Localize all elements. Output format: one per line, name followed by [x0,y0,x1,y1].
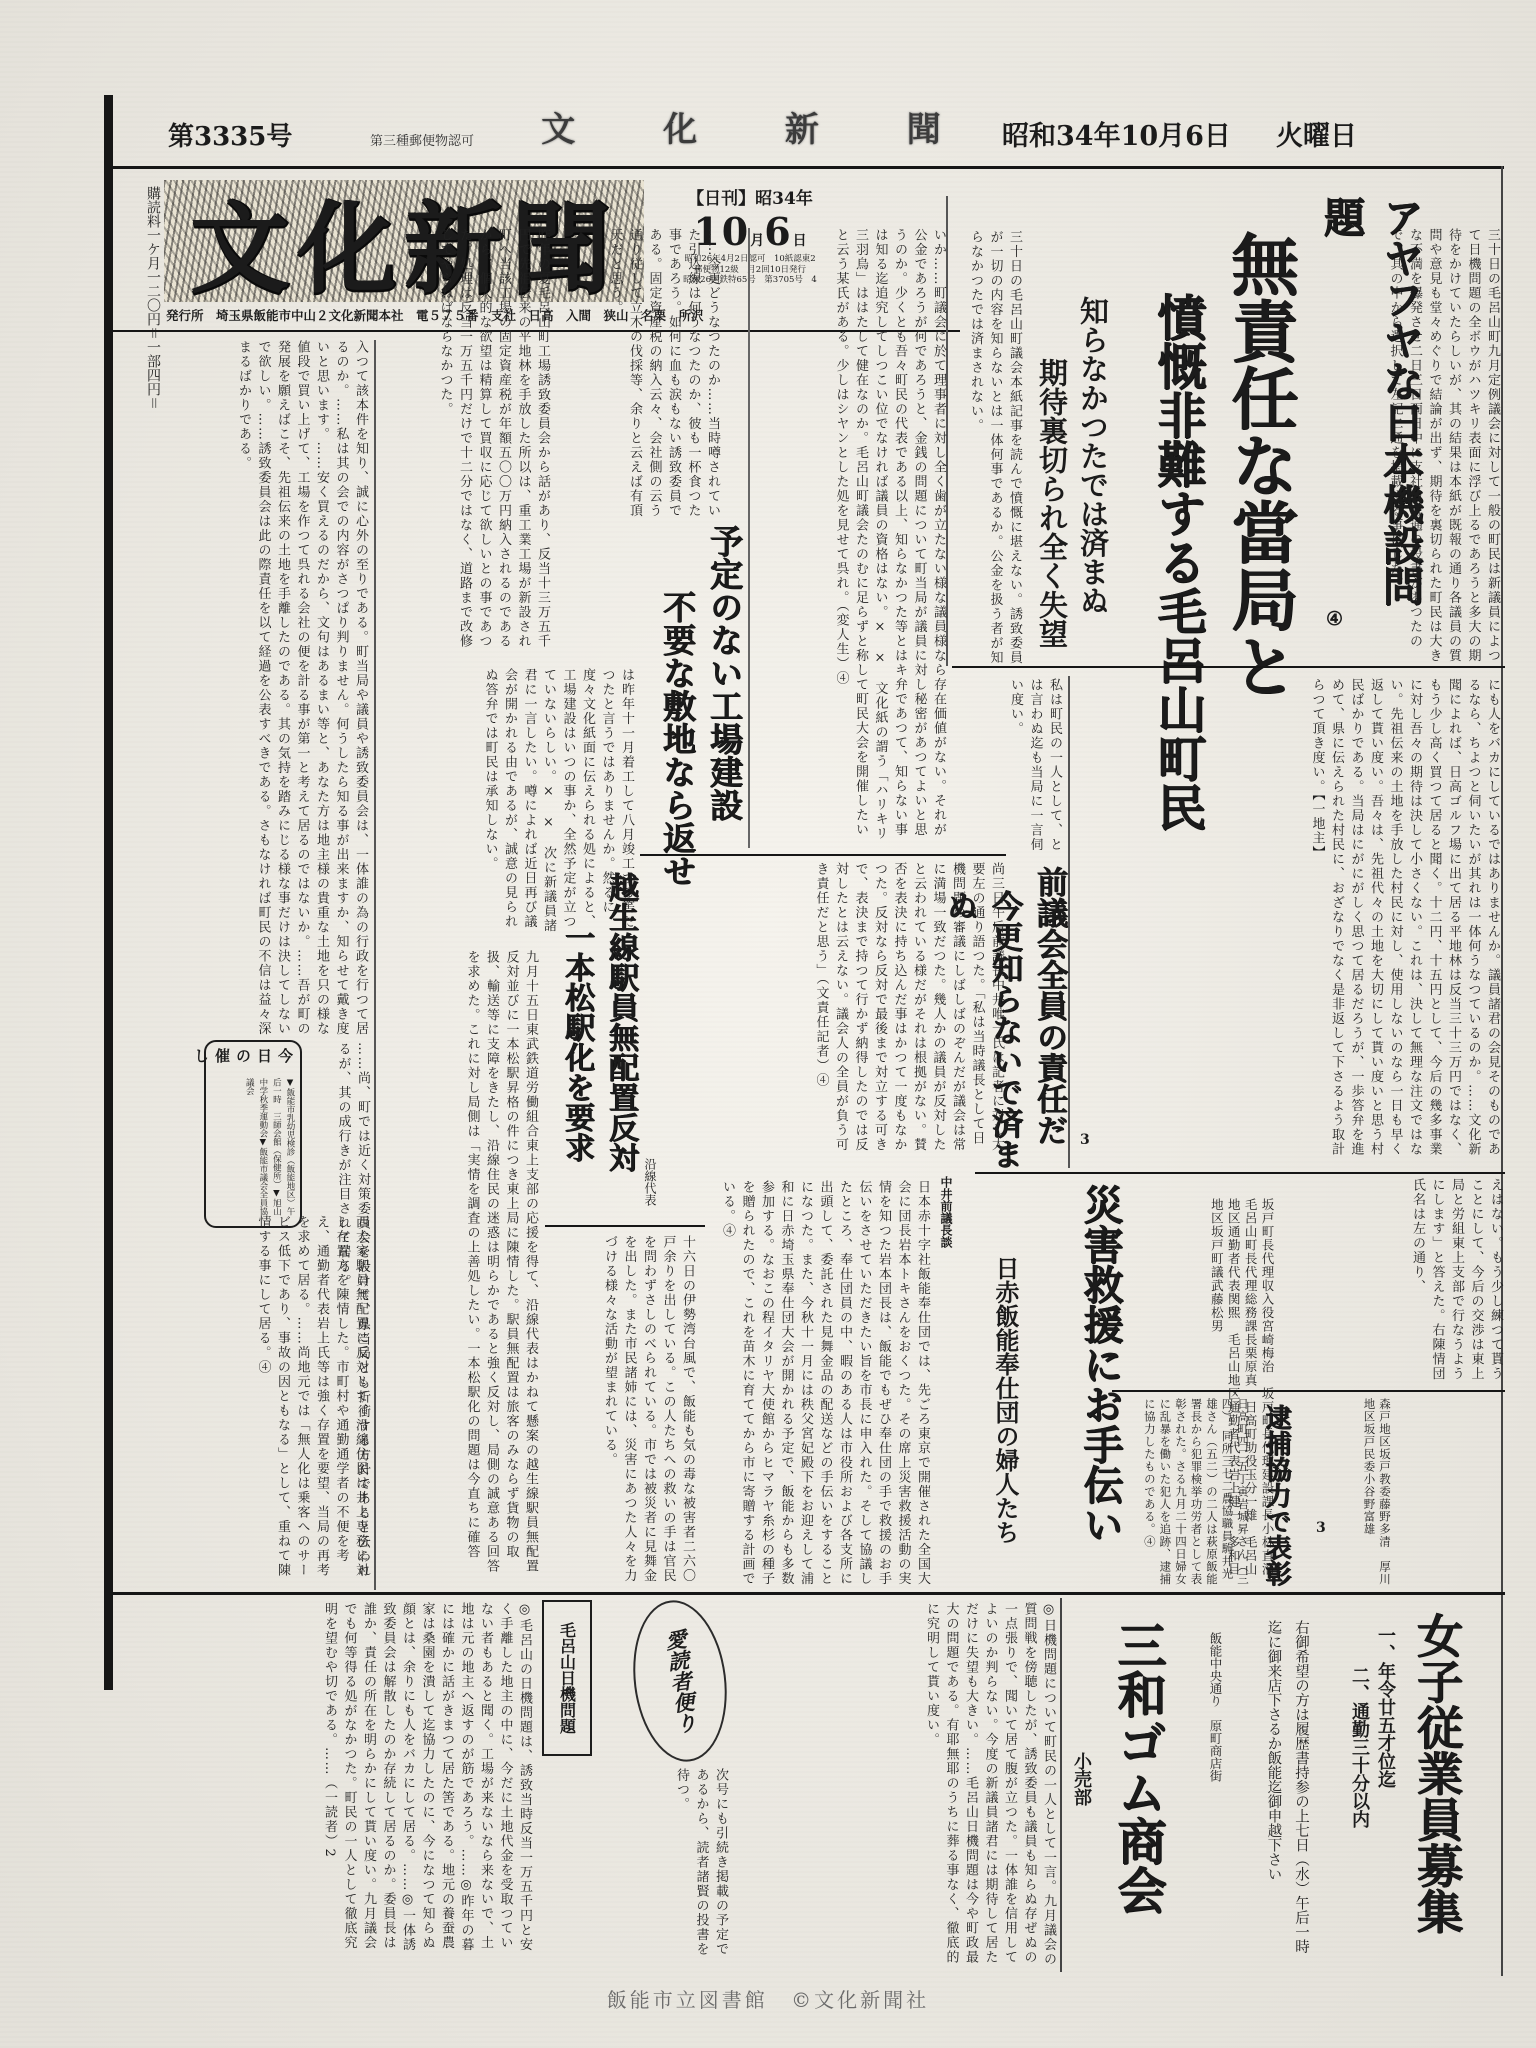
events-box: 今日の催し ▼飯能市乳幼児検診（飯能地区）午后一時 三師会館（保健所）▼旭山中学… [204,1040,302,1228]
ogose-body2: えはない。もう少し練つて貰うことにして、今后の交渉は東上局と労組東上支部で行なう… [1330,1178,1505,1383]
subhead-factory-line1: 予定のない工場建設 [701,524,748,892]
subhead-ogose: 越生線駅員無配置反対 一本松駅化を要求 [552,872,642,1212]
rule-above-taiho [1112,1390,1505,1392]
letter1-body-a: いか……町議会に於て理事者に対し全く歯が立たない様な議員様なら存在価値がない。そ… [752,228,948,846]
subhead-shiranakatta: 知らなかつたでは済まぬ 期待裏切られ全く失望 [1028,296,1114,736]
readers-letters-stamp-text: 愛読者便り [659,1627,702,1735]
subhead-shiranakatta-line2: 期待裏切られ全く失望 [1032,296,1073,736]
letter1-body-b: ……今更どうなつたのか……当時噂されていた引込線は何うなつたのか、彼も一杯食つた… [556,228,722,520]
ad-conditions: 一、年令廿五才位迄 二、通勤三十分以内 [1318,1626,1398,1936]
postal-approval: 第三種郵便物認可 [370,130,474,149]
subhead-maegikai-line1: 前議会全員の責任だ [1027,866,1072,1176]
letter1-opening: 三十日の毛呂山町議会本紙記事を読んで憤慨に堪えない。誘致委員が一切の内容を知らな… [950,230,1024,666]
maegikai-body: 尚三日午后前議長中井唯一氏は記者に対し大要左の通り語つた。「私は当時議長として日… [640,862,1006,1152]
bottom-letters-q: ◎毛呂山の日機問題は、誘致当時反当一万五千円と安く手離した地主の中に、今だに土地… [116,1602,534,1964]
ad-address: 飯能中央通り 原町商店街 [1198,1632,1224,1958]
readers-letters-stamp: 愛読者便り [624,1595,735,1767]
subhead-shiranakatta-line1: 知らなかつたでは済まぬ [1073,296,1114,736]
main-story-kicker: アヤフヤな日本機設問題 [1312,196,1430,616]
rule-under-ogose-head [545,1225,705,1227]
footer-library: 飯能市立図書館 [607,1988,768,2012]
column-rule-left [374,340,376,1590]
paper-name-header: 文 化 新 聞 [540,102,980,151]
column-rule-center [748,228,750,848]
factory-body-1: 昨年の夏毛呂山町工場誘致委員会から話があり、反当十三万五千円で先祖伝来の平地林を… [380,228,552,662]
taiho-headline: 逮捕協力で表彰 [1258,1404,1295,1594]
rule-above-saigai [975,1172,1505,1174]
page-number-3b: 3 [1316,1520,1326,1536]
jinushi-letter-body: にも人をバカにしているではありませんか。議員諸君の会見そのものであるなら、ちよつ… [1075,678,1502,1164]
left-letters-body: 入つて該本件を知り、誠に心外の至りである。町当局や議員や誘致委員会は、一体誰の為… [116,340,370,1038]
footer-credit: 飯能市立図書館 ©文化新聞社 [0,1984,1536,2013]
ad-branch: 小売部 [1068,1752,1094,1882]
saigai-subhead: 日赤飯能奉仕団の婦人たち [988,1256,1023,1556]
ogose-names-list-2: 森戸地区坂戸教委藤野多清 厚川地区坂戸民委小谷野富雄 [1338,1398,1392,1588]
saigai-lead: 十六日の伊勢湾台風で、飯能も気の毒な被害者二六〇戸余りを出している。この人たちへ… [545,1235,697,1585]
subhead-ogose-line2: 一本松駅化を要求 [554,872,598,1212]
ad-separator-rule [1060,1598,1062,1972]
maegikai-annotation: 中井前議長談 [938,1176,955,1272]
header-weekday: 火曜日 [1276,114,1357,153]
events-box-title: 今日の催し [210,1048,296,1078]
subhead-factory-line2: 不要な敷地なら返せ [654,524,701,892]
moroyama-label-box: 毛呂山日機問題 [542,1600,592,1756]
moroyama-label-text: 毛呂山日機問題 [556,1622,579,1734]
subhead-factory: 予定のない工場建設 不要な敷地なら返せ [648,524,748,892]
letter1-body-mid: 私は町民の一人として、とは言わぬ迄も当局に一言伺い度い。 [952,678,1064,858]
ad-condition-2: 二、通勤三十分以内 [1346,1626,1372,1936]
rule-bottom-section [112,1592,1505,1595]
left-letters-body2: 西大家駅員無配置に反対して、沿線住民は井上専務に対し存置方を陳情した。市町村や通… [116,1215,370,1585]
header-date: 昭和34年10月6日 [1002,114,1231,153]
ad-note: 右御希望の方は履歴書持参の上七日（水）午后一時迄に御来店下さるか飯能迄御申越下さ… [1230,1620,1314,1956]
header-rule [112,166,1504,169]
taiho-body: 日高町四二五丁寅岩城昇さん（三四）、同所三七二農協職員駒井光雄さん（五二）の二人… [1118,1398,1250,1590]
bottom-letters-r2: 次号にも引続き掲載の予定であるから、読者諸賢の投書を待つ。 [600,1768,730,1964]
ogose-body: 九月十五日東武鉄道労働組合東上支部の応援を得て、沿線代表はかねて懸案の越生線駅員… [380,950,540,1584]
ad-shop-name: 三和ゴム商会 [1104,1620,1174,1950]
main-story-headline: 無責任な當局と [1212,230,1308,720]
ad-condition-1: 一、年令廿五才位迄 [1372,1626,1398,1936]
bottom-letters-r: ◎日機問題について町民の一人として一言。九月議会の質問戦を傍聴したが、誘致委員も… [736,1602,1058,1968]
footer-copyright: ©文化新聞社 [777,1988,929,2012]
ogose-annotation: 沿線代表 [642,1158,659,1228]
left-edge-bar [104,95,113,1690]
rule-above-maegikai [640,854,1006,856]
page-number-3a: 3 [1080,1132,1090,1148]
events-box-entries: ▼飯能市乳幼児検診（飯能地区）午后一時 三師会館（保健所）▼旭山中学秋季運動会▼… [256,1078,296,1220]
page-ref-marker-lead: ④ [1326,608,1343,630]
rule-under-main [952,666,1505,668]
subhead-ogose-line1: 越生線駅員無配置反対 [598,872,642,1212]
daily-label: 【日刊】昭34年 [668,184,832,209]
ad-headline: 女子従業員募集 [1404,1612,1470,1952]
issue-number: 第3335号 [168,116,292,153]
saigai-body: 日本赤十字社飯能奉仕団では、先ごろ東京で開催された全国大会に団長岩本トキさんをお… [716,1180,932,1592]
newspaper-page: 第3335号 第三種郵便物認可 文 化 新 聞 昭和34年10月6日 火曜日 購… [0,0,1536,2048]
